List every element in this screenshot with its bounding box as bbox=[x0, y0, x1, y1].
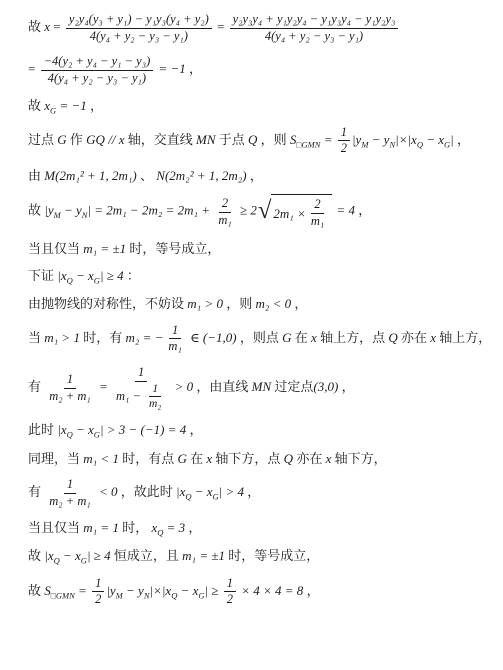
fraction-numerator: 1 bbox=[135, 365, 147, 382]
math-text: − x bbox=[73, 268, 94, 283]
math-text: 2 bbox=[222, 196, 228, 210]
subscript: □GMN bbox=[296, 139, 320, 149]
math-text: = bbox=[96, 379, 111, 394]
math-text: |x bbox=[57, 422, 66, 437]
math-text: MN bbox=[196, 132, 216, 147]
subscript: M bbox=[54, 211, 61, 221]
math-line-11: 有 1m₂ + m₁ = 1m₁ − 1m₂ > 0 ，由直线 MN 过定点(3… bbox=[28, 365, 493, 411]
fraction: 1m₂ + m₁ bbox=[46, 477, 93, 509]
fraction-numerator: y₂y₃y₄ + y₁y₂y₄ − y₁y₃y₄ − y₁y₂y₃ bbox=[230, 12, 399, 29]
math-text: |y bbox=[352, 132, 361, 147]
plain-text: 、 bbox=[137, 168, 157, 183]
math-text: m₁ < 1 bbox=[83, 451, 119, 466]
plain-text: 在 bbox=[187, 451, 207, 466]
fraction-denominator: m₂ + m₁ bbox=[46, 494, 93, 510]
math-text: |×|x bbox=[395, 132, 417, 147]
math-text: = 3 bbox=[163, 520, 185, 535]
math-text: (3,0) bbox=[313, 379, 338, 394]
math-text: G bbox=[177, 451, 186, 466]
plain-text: ， bbox=[454, 132, 470, 147]
math-text: m₁ bbox=[168, 339, 181, 353]
math-text: m₁ = 1 bbox=[83, 520, 119, 535]
plain-text: 亦在 bbox=[398, 330, 431, 345]
plain-text: 故 bbox=[28, 203, 44, 218]
math-text: 1 bbox=[95, 576, 101, 590]
math-text: − y bbox=[61, 203, 82, 218]
math-text: Q bbox=[284, 451, 293, 466]
plain-text: 故 bbox=[28, 583, 44, 598]
radical-sign-icon: √ bbox=[258, 199, 272, 224]
math-text: m₁ > 0 bbox=[187, 296, 223, 311]
math-text: = bbox=[75, 583, 90, 598]
plain-text: ，由直线 bbox=[193, 379, 252, 394]
math-line-1: 故 x = y₂y₄(y₃ + y₁) − y₁y₃(y₄ + y₂)4(y₄ … bbox=[28, 12, 493, 44]
plain-text: 有 bbox=[28, 379, 44, 394]
math-line-7: 当且仅当 m₁ = ±1 时，等号成立， bbox=[28, 240, 493, 258]
plain-text: ， bbox=[87, 98, 103, 113]
fraction-numerator: 2 bbox=[311, 197, 323, 214]
math-text: // bbox=[105, 132, 119, 147]
square-root: √2m₁ × 2m₁ bbox=[258, 194, 332, 229]
fraction-denominator: m₁ bbox=[215, 213, 234, 229]
math-text: Q bbox=[248, 132, 257, 147]
fraction-numerator: −4(y₂ + y₄ − y₁ − y₃) bbox=[41, 54, 154, 71]
fraction-denominator: 4(y₄ + y₂ − y₃ − y₁) bbox=[45, 71, 149, 87]
math-text: − x bbox=[73, 422, 94, 437]
math-text: = −1 bbox=[155, 61, 186, 76]
math-text: m₁ = ±1 bbox=[83, 241, 126, 256]
math-text: = −1 bbox=[56, 98, 87, 113]
plain-text: 轴上方，点 bbox=[317, 330, 389, 345]
fraction-denominator: 4(y₄ + y₂ − y₃ − y₁) bbox=[262, 29, 366, 45]
fraction-denominator: 2 bbox=[224, 592, 236, 608]
math-line-6: 故 |yM − yN| = 2m₁ − 2m₂ = 2m₁ + 2m₁ ≥ 2√… bbox=[28, 194, 493, 229]
math-text: MN bbox=[252, 379, 272, 394]
plain-text: ， bbox=[186, 61, 202, 76]
plain-text: ， bbox=[303, 583, 319, 598]
plain-text: 时，等号成立， bbox=[126, 241, 220, 256]
plain-text: 轴下方， bbox=[331, 451, 386, 466]
plain-text: 时，有 bbox=[80, 330, 126, 345]
subscript: □GMN bbox=[51, 590, 75, 600]
math-text: = bbox=[320, 132, 335, 147]
math-text: |x bbox=[176, 484, 185, 499]
math-text: (2m₂² + 1, 2m₂) bbox=[165, 168, 247, 183]
math-text: |y bbox=[44, 203, 53, 218]
math-text: (2m₁² + 1, 2m₁) bbox=[55, 168, 137, 183]
plain-text: ， bbox=[338, 379, 354, 394]
plain-text: 当且仅当 bbox=[28, 241, 83, 256]
math-text: m₂ + m₁ bbox=[49, 389, 90, 403]
fraction: 12 bbox=[224, 576, 236, 608]
math-text: m₂ + m₁ bbox=[49, 494, 90, 508]
math-line-2: = −4(y₂ + y₄ − y₁ − y₃)4(y₄ + y₂ − y₃ − … bbox=[28, 54, 493, 86]
math-text: 2 bbox=[314, 197, 320, 211]
math-line-12: 此时 |xQ − xG| > 3 − (−1) = 4 ， bbox=[28, 421, 493, 439]
fraction: y₂y₄(y₃ + y₁) − y₁y₃(y₄ + y₂)4(y₄ + y₂ −… bbox=[66, 12, 212, 44]
plain-text: 恒成立，且 bbox=[111, 548, 183, 563]
math-line-17: 故 S□GMN = 12|yM − yN|×|xQ − xG| ≥ 12 × 4… bbox=[28, 576, 493, 608]
math-text: |y bbox=[106, 583, 115, 598]
math-text: m₁ − bbox=[116, 388, 144, 402]
fraction-denominator: m₂ bbox=[146, 397, 164, 411]
fraction-denominator: 2 bbox=[92, 592, 104, 608]
plain-text: 有 bbox=[28, 484, 44, 499]
math-text: m₁ > 1 bbox=[44, 330, 80, 345]
math-text: −4(y₂ + y₄ − y₁ − y₃) bbox=[44, 54, 151, 68]
math-text: − x bbox=[423, 132, 444, 147]
math-text: 2m₁ × bbox=[273, 205, 305, 223]
plain-text: = bbox=[50, 19, 64, 34]
fraction: 1m₂ + m₁ bbox=[46, 372, 93, 404]
math-text: | ≥ 4 bbox=[100, 268, 124, 283]
math-line-4: 过点 G 作 GQ // x 轴，交直线 MN 于点 Q ，则 S□GMN = … bbox=[28, 125, 493, 157]
fraction: y₂y₃y₄ + y₁y₂y₄ − y₁y₃y₄ − y₁y₂y₃4(y₄ + … bbox=[230, 12, 399, 44]
math-line-15: 当且仅当 m₁ = 1 时， xQ = 3 ， bbox=[28, 519, 493, 537]
math-text: − y bbox=[123, 583, 144, 598]
math-text: |x bbox=[44, 548, 53, 563]
math-text: N bbox=[156, 168, 165, 183]
document-page: 故 x = y₂y₄(y₃ + y₁) − y₁y₃(y₄ + y₂)4(y₄ … bbox=[0, 0, 503, 670]
math-text: | = 2m₁ − 2m₂ = 2m₁ + bbox=[87, 203, 213, 218]
fraction: 1m₁ − 1m₂ bbox=[113, 365, 169, 411]
math-text: m₂ < 0 bbox=[255, 296, 291, 311]
radicand: 2m₁ × 2m₁ bbox=[271, 194, 332, 229]
math-text: 4(y₄ + y₂ − y₃ − y₁) bbox=[265, 29, 363, 43]
fraction: 12 bbox=[92, 576, 104, 608]
math-text: − x bbox=[191, 484, 212, 499]
fraction-numerator: 1 bbox=[224, 576, 236, 593]
math-text: G bbox=[282, 330, 291, 345]
fraction-denominator: m₁ − 1m₂ bbox=[113, 382, 169, 412]
math-line-13: 同理，当 m₁ < 1 时，有点 G 在 x 轴下方，点 Q 亦在 x 轴下方， bbox=[28, 450, 493, 468]
fraction-denominator: 2 bbox=[338, 141, 350, 157]
math-text: < 0 bbox=[96, 484, 118, 499]
fraction: 2m₁ bbox=[215, 196, 234, 228]
plain-text: 时，有点 bbox=[119, 451, 178, 466]
math-text: M bbox=[44, 168, 55, 183]
math-text: m₁ bbox=[218, 213, 231, 227]
plain-text: 作 bbox=[67, 132, 87, 147]
math-text: | > 3 − (−1) = 4 bbox=[100, 422, 186, 437]
math-text: ∈ (−1,0) bbox=[187, 330, 237, 345]
plain-text: 由抛物线的对称性，不妨设 bbox=[28, 296, 187, 311]
math-text: − x bbox=[177, 583, 198, 598]
math-text: 2 bbox=[227, 592, 233, 606]
plain-text: ，则 bbox=[257, 132, 290, 147]
plain-text: 过点 bbox=[28, 132, 57, 147]
fraction-denominator: 4(y₄ + y₂ − y₃ − y₁) bbox=[87, 29, 191, 45]
math-text: GQ bbox=[86, 132, 105, 147]
plain-text: 故 bbox=[28, 548, 44, 563]
plain-text: = bbox=[214, 19, 228, 34]
fraction-denominator: m₂ + m₁ bbox=[46, 389, 93, 405]
math-text: > 0 bbox=[171, 379, 193, 394]
math-text: y₂y₄(y₃ + y₁) − y₁y₃(y₄ + y₂) bbox=[69, 12, 209, 26]
math-text: 1 bbox=[172, 323, 178, 337]
math-text: m₂ = − bbox=[125, 330, 163, 345]
math-line-9: 由抛物线的对称性，不妨设 m₁ > 0 ，则 m₂ < 0 ， bbox=[28, 295, 493, 313]
math-text: Q bbox=[388, 330, 397, 345]
math-line-10: 当 m₁ > 1 时，有 m₂ = −1m₁ ∈ (−1,0) ，则点 G 在 … bbox=[28, 323, 493, 355]
fraction-denominator: m₁ bbox=[308, 214, 327, 230]
plain-text: = bbox=[28, 61, 39, 76]
plain-text: ， bbox=[244, 484, 260, 499]
fraction: 1m₂ bbox=[146, 382, 164, 412]
fraction: −4(y₂ + y₄ − y₁ − y₃)4(y₄ + y₂ − y₃ − y₁… bbox=[41, 54, 154, 86]
fraction-numerator: y₂y₄(y₃ + y₁) − y₁y₃(y₄ + y₂) bbox=[66, 12, 212, 29]
plain-text: 轴上方， bbox=[436, 330, 491, 345]
math-text: 4(y₄ + y₂ − y₃ − y₁) bbox=[90, 29, 188, 43]
fraction: 2m₁ bbox=[308, 197, 327, 229]
fraction: 12 bbox=[338, 125, 350, 157]
plain-text: 同理，当 bbox=[28, 451, 83, 466]
math-text: − x bbox=[60, 548, 81, 563]
plain-text: ，则点 bbox=[237, 330, 283, 345]
math-line-8: 下证 |xQ − xG| ≥ 4 ： bbox=[28, 267, 493, 285]
math-text: | > 4 bbox=[219, 484, 244, 499]
plain-text: 此时 bbox=[28, 422, 57, 437]
math-text: × 4 × 4 = 8 bbox=[238, 583, 303, 598]
plain-text: ， bbox=[186, 422, 202, 437]
plain-text: 于点 bbox=[215, 132, 248, 147]
plain-text: ， bbox=[291, 296, 307, 311]
fraction-numerator: 2 bbox=[219, 196, 231, 213]
plain-text: 时，等号成立， bbox=[225, 548, 319, 563]
math-text: = 4 bbox=[333, 203, 355, 218]
plain-text: 下证 bbox=[28, 268, 57, 283]
fraction-numerator: 1 bbox=[92, 576, 104, 593]
plain-text: 故 bbox=[28, 98, 44, 113]
plain-text: ，故此时 bbox=[117, 484, 176, 499]
math-text: 1 bbox=[67, 372, 73, 386]
plain-text: 时， bbox=[119, 520, 152, 535]
plain-text: 轴下方，点 bbox=[212, 451, 284, 466]
plain-text: 当 bbox=[28, 330, 44, 345]
math-line-5: 由 M(2m₁² + 1, 2m₁) 、 N(2m₂² + 1, 2m₂) ， bbox=[28, 167, 493, 185]
fraction-numerator: 1 bbox=[64, 372, 76, 389]
math-text: |×|x bbox=[149, 583, 171, 598]
fraction-denominator: m₁ bbox=[165, 339, 184, 355]
plain-text: 轴，交直线 bbox=[124, 132, 196, 147]
math-text: | ≥ 4 bbox=[87, 548, 111, 563]
math-text: 2 bbox=[341, 141, 347, 155]
fraction-numerator: 1 bbox=[64, 477, 76, 494]
math-text: 1 bbox=[152, 383, 158, 395]
plain-text: ， bbox=[355, 203, 371, 218]
fraction-numerator: 1 bbox=[169, 323, 181, 340]
plain-text: ， bbox=[185, 520, 201, 535]
math-text: 1 bbox=[341, 125, 347, 139]
math-text: m₁ bbox=[311, 214, 324, 228]
plain-text: ： bbox=[124, 268, 140, 283]
math-line-16: 故 |xQ − xG| ≥ 4 恒成立，且 m₁ = ±1 时，等号成立， bbox=[28, 547, 493, 565]
plain-text: 由 bbox=[28, 168, 44, 183]
fraction-numerator: 1 bbox=[338, 125, 350, 142]
math-text: y₂y₃y₄ + y₁y₂y₄ − y₁y₃y₄ − y₁y₂y₃ bbox=[233, 12, 396, 26]
plain-text: 故 bbox=[28, 19, 44, 34]
math-text: m₁ = ±1 bbox=[182, 548, 225, 563]
math-text: | ≥ bbox=[205, 583, 222, 598]
math-text: |x bbox=[57, 268, 66, 283]
math-text: 4(y₄ + y₂ − y₃ − y₁) bbox=[48, 71, 146, 85]
plain-text: 在 bbox=[292, 330, 312, 345]
math-text: m₂ bbox=[149, 398, 161, 410]
plain-text: ，则 bbox=[223, 296, 256, 311]
fraction-numerator: 1 bbox=[149, 382, 161, 397]
math-text: − y bbox=[368, 132, 389, 147]
plain-text: 过定点 bbox=[271, 379, 313, 394]
math-text: 2 bbox=[95, 592, 101, 606]
math-text: 1 bbox=[227, 576, 233, 590]
math-line-3: 故 xG = −1 ， bbox=[28, 97, 493, 115]
plain-text: ， bbox=[247, 168, 263, 183]
math-line-14: 有 1m₂ + m₁ < 0 ，故此时 |xQ − xG| > 4 ， bbox=[28, 477, 493, 509]
plain-text: 亦在 bbox=[293, 451, 326, 466]
fraction: 1m₁ bbox=[165, 323, 184, 355]
plain-text: 当且仅当 bbox=[28, 520, 83, 535]
math-text: 1 bbox=[67, 477, 73, 491]
math-text: G bbox=[57, 132, 66, 147]
math-text: ≥ 2 bbox=[237, 203, 257, 218]
math-text: 1 bbox=[138, 365, 144, 379]
subscript: M bbox=[116, 590, 123, 600]
